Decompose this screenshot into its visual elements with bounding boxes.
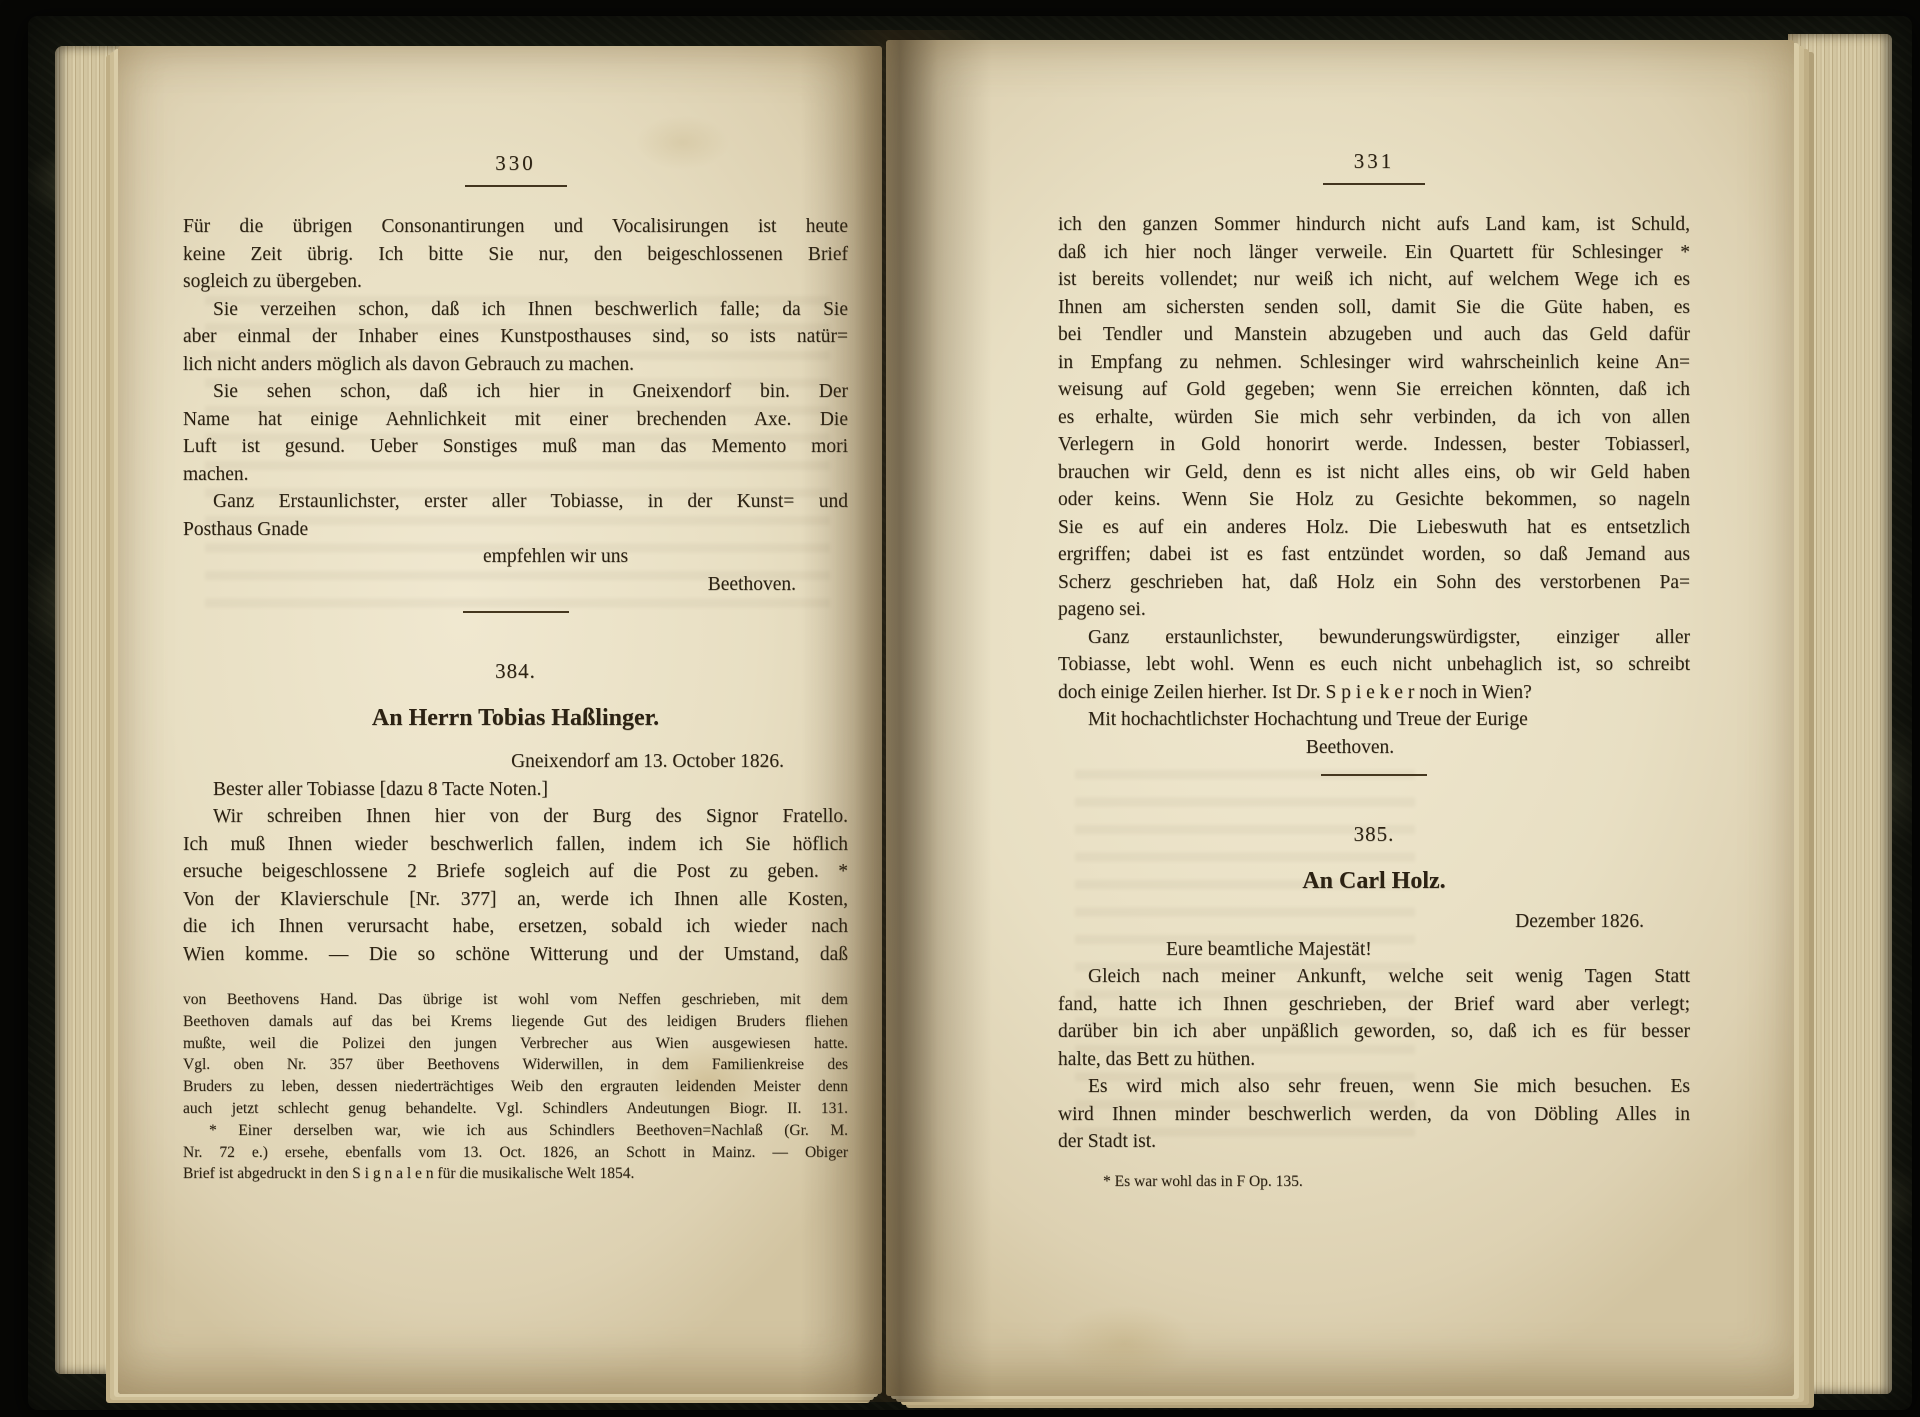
text-line: fand, hatte ich Ihnen geschrieben, der B…	[1058, 991, 1690, 1019]
letter-number: 384.	[183, 658, 848, 684]
text-line: daß ich hier noch länger verweile. Ein Q…	[1058, 239, 1690, 267]
footnote-line: Bruders zu leben, dessen niederträchtige…	[183, 1076, 848, 1098]
section-divider	[1321, 774, 1427, 776]
footnote-line: auch jetzt schlecht genug behandelte. Vg…	[183, 1098, 848, 1120]
footnote-line: Nr. 72 e.) ersehe, ebenfalls vom 13. Oct…	[183, 1142, 848, 1164]
letter-dateline: Dezember 1826.	[1058, 908, 1690, 936]
right-page-edges	[1788, 34, 1892, 1394]
text-line: Scherz geschrieben hat, daß Holz ein Soh…	[1058, 569, 1690, 597]
footnote-line: * Es war wohl das in F Op. 135.	[1058, 1171, 1690, 1193]
text-line: halte, das Bett zu hüthen.	[1058, 1046, 1690, 1074]
footnote-line: Vgl. oben Nr. 357 über Beethovens Widerw…	[183, 1054, 848, 1076]
text-line: brauchen wir Geld, denn es ist nicht all…	[1058, 459, 1690, 487]
text-line: ergriffen; dabei ist es fast entzündet w…	[1058, 541, 1690, 569]
text-line: der Stadt ist.	[1058, 1128, 1690, 1156]
text-line: Bester aller Tobiasse [dazu 8 Tacte Note…	[183, 776, 848, 804]
letter-dateline: Gneixendorf am 13. October 1826.	[183, 748, 848, 776]
open-book-photo: 330Für die übrigen Consonantirungen und …	[0, 0, 1920, 1417]
signature-beethoven: Beethoven.	[1058, 734, 1690, 762]
text-line: Wien komme. — Die so schöne Witterung un…	[183, 941, 848, 969]
text-line: doch einige Zeilen hierher. Ist Dr. S p …	[1058, 679, 1690, 707]
letter-recipient: An Herrn Tobias Haßlinger.	[183, 703, 848, 733]
letter-recipient: An Carl Holz.	[1058, 866, 1690, 896]
text-line: Ihnen am sichersten senden soll, damit S…	[1058, 294, 1690, 322]
text-line: keine Zeit übrig. Ich bitte Sie nur, den…	[183, 241, 848, 269]
page-number: 330	[183, 150, 848, 176]
footnote-line: von Beethovens Hand. Das übrige ist wohl…	[183, 989, 848, 1011]
page-number-rule	[465, 185, 567, 187]
text-line: machen.	[183, 461, 848, 489]
section-divider	[463, 611, 569, 613]
text-line: Ich muß Ihnen wieder beschwerlich fallen…	[183, 831, 848, 859]
text-line: oder keins. Wenn Sie Holz zu Gesichte be…	[1058, 486, 1690, 514]
text-line: Es wird mich also sehr freuen, wenn Sie …	[1058, 1073, 1690, 1101]
text-line: ersuche beigeschlossene 2 Briefe sogleic…	[183, 858, 848, 886]
text-line: Sie sehen schon, daß ich hier in Gneixen…	[183, 378, 848, 406]
text-line: aber einmal der Inhaber eines Kunstposth…	[183, 323, 848, 351]
footnote-line: Beethoven damals auf das bei Krems liege…	[183, 1011, 848, 1033]
text-line: Verlegern in Gold honorirt werde. Indess…	[1058, 431, 1690, 459]
text-line: Gleich nach meiner Ankunft, welche seit …	[1058, 963, 1690, 991]
text-line: Tobiasse, lebt wohl. Wenn es euch nicht …	[1058, 651, 1690, 679]
text-line: darüber bin ich aber unpäßlich geworden,…	[1058, 1018, 1690, 1046]
footnote-line: * Einer derselben war, wie ich aus Schin…	[183, 1120, 848, 1142]
text-line: Von der Klavierschule [Nr. 377] an, werd…	[183, 886, 848, 914]
text-line: sogleich zu übergeben.	[183, 268, 848, 296]
text-line: Für die übrigen Consonantirungen und Voc…	[183, 213, 848, 241]
text-line: Sie verzeihen schon, daß ich Ihnen besch…	[183, 296, 848, 324]
text-line: Luft ist gesund. Ueber Sonstiges muß man…	[183, 433, 848, 461]
text-line: wird Ihnen minder beschwerlich werden, d…	[1058, 1101, 1690, 1129]
text-line: ist bereits vollendet; nur weiß ich nich…	[1058, 266, 1690, 294]
footnote-line: mußte, weil die Polizei den jungen Verbr…	[183, 1033, 848, 1055]
text-line: pageno sei.	[1058, 596, 1690, 624]
text-line: Eure beamtliche Majestät!	[1058, 936, 1690, 964]
text-line: lich nicht anders möglich als davon Gebr…	[183, 351, 848, 379]
text-line: bei Tendler und Manstein abzugeben und a…	[1058, 321, 1690, 349]
signature-beethoven: Beethoven.	[183, 571, 848, 599]
text-line: Sie es auf ein anderes Holz. Die Liebesw…	[1058, 514, 1690, 542]
text-line: ich den ganzen Sommer hindurch nicht auf…	[1058, 211, 1690, 239]
text-line: Ganz erstaunlichster, bewunderungswürdig…	[1058, 624, 1690, 652]
page-330-text: 330Für die übrigen Consonantirungen und …	[183, 150, 848, 1185]
text-line: es erhalte, würden Sie mich sehr verbind…	[1058, 404, 1690, 432]
text-line: Wir schreiben Ihnen hier von der Burg de…	[183, 803, 848, 831]
page-number: 331	[1058, 148, 1690, 174]
text-line: die ich Ihnen verursacht habe, ersetzen,…	[183, 913, 848, 941]
text-line: Ganz Erstaunlichster, erster aller Tobia…	[183, 488, 848, 516]
text-line: empfehlen wir uns	[183, 543, 848, 571]
page-331-text: 331ich den ganzen Sommer hindurch nicht …	[1058, 148, 1690, 1192]
text-line: Mit hochachtlichster Hochachtung und Tre…	[1058, 706, 1690, 734]
text-line: Name hat einige Aehnlichkeit mit einer b…	[183, 406, 848, 434]
letter-number: 385.	[1058, 821, 1690, 847]
text-line: weisung auf Gold gegeben; wenn Sie errei…	[1058, 376, 1690, 404]
page-number-rule	[1323, 183, 1425, 185]
footnote-line: Brief ist abgedruckt in den S i g n a l …	[183, 1163, 848, 1185]
text-line: Posthaus Gnade	[183, 516, 848, 544]
text-line: in Empfang zu nehmen. Schlesinger wird w…	[1058, 349, 1690, 377]
